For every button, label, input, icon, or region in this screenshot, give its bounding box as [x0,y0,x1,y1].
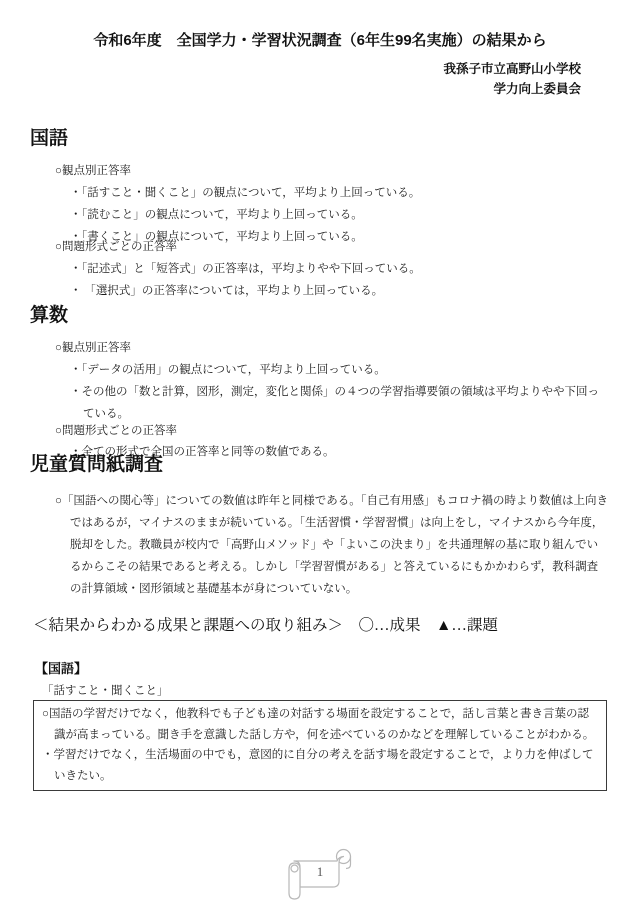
results-topic-label: 「話すこと・聞くこと」 [42,682,169,700]
list-item: ・ 「選択式」の正答率については，平均より上回っている。 [70,280,610,302]
results-box: ○国語の学習だけでなく，他教科でも子ども達の対話する場面を設定することで，話し言… [33,700,607,791]
list-item: ・「記述式」と「短答式」の正答率は，平均よりやや下回っている。 [70,258,610,280]
results-subject-label: 【国語】 [35,660,87,678]
list-item: ・「読むこと」の観点について，平均より上回っている。 [70,204,610,226]
kokugo-format-subheading: ○問題形式ごとの正答率 [55,236,177,258]
sansu-format-subheading: ○問題形式ごとの正答率 [55,420,177,442]
list-item: ・「話すこと・聞くこと」の観点について，平均より上回っている。 [70,182,610,204]
kokugo-viewpoint-subheading: ○観点別正答率 [55,160,131,182]
list-item: ・「データの活用」の観点について，平均より上回っている。 [70,359,610,381]
result-box-item: ・学習だけでなく，生活場面の中でも，意図的に自分の考えを話す場を設定することで，… [42,745,600,786]
survey-paragraph: ○「国語への関心等」についての数値は昨年と同様である。「自己有用感」もコロナ禍の… [55,490,608,600]
school-name: 我孫子市立高野山小学校 [443,60,581,78]
results-heading: ＜結果からわかる成果と課題への取り組み＞ 〇…成果 ▲…課題 [33,615,498,637]
section-heading-kokugo: 国語 [30,126,68,152]
list-item: ・その他の「数と計算，図形，測定，変化と関係」の４つの学習指導要領の領域は平均よ… [70,381,610,425]
result-box-item: ○国語の学習だけでなく，他教科でも子ども達の対話する場面を設定することで，話し言… [42,704,600,745]
kokugo-format-list: ・「記述式」と「短答式」の正答率は，平均よりやや下回っている。 ・ 「選択式」の… [70,258,610,302]
document-page: 令和6年度 全国学力・学習状況調査（6年生99名実施）の結果から 我孫子市立高野… [0,0,640,905]
sansu-viewpoint-subheading: ○観点別正答率 [55,337,131,359]
page-number: 1 [294,863,346,881]
committee-name: 学力向上委員会 [493,80,581,98]
sansu-viewpoint-list: ・「データの活用」の観点について，平均より上回っている。 ・その他の「数と計算，… [70,359,610,425]
page-title: 令和6年度 全国学力・学習状況調査（6年生99名実施）の結果から [0,30,640,52]
section-heading-survey: 児童質問紙調査 [30,452,163,478]
section-heading-sansu: 算数 [30,303,68,329]
page-number-scroll-icon: 1 [280,845,360,903]
